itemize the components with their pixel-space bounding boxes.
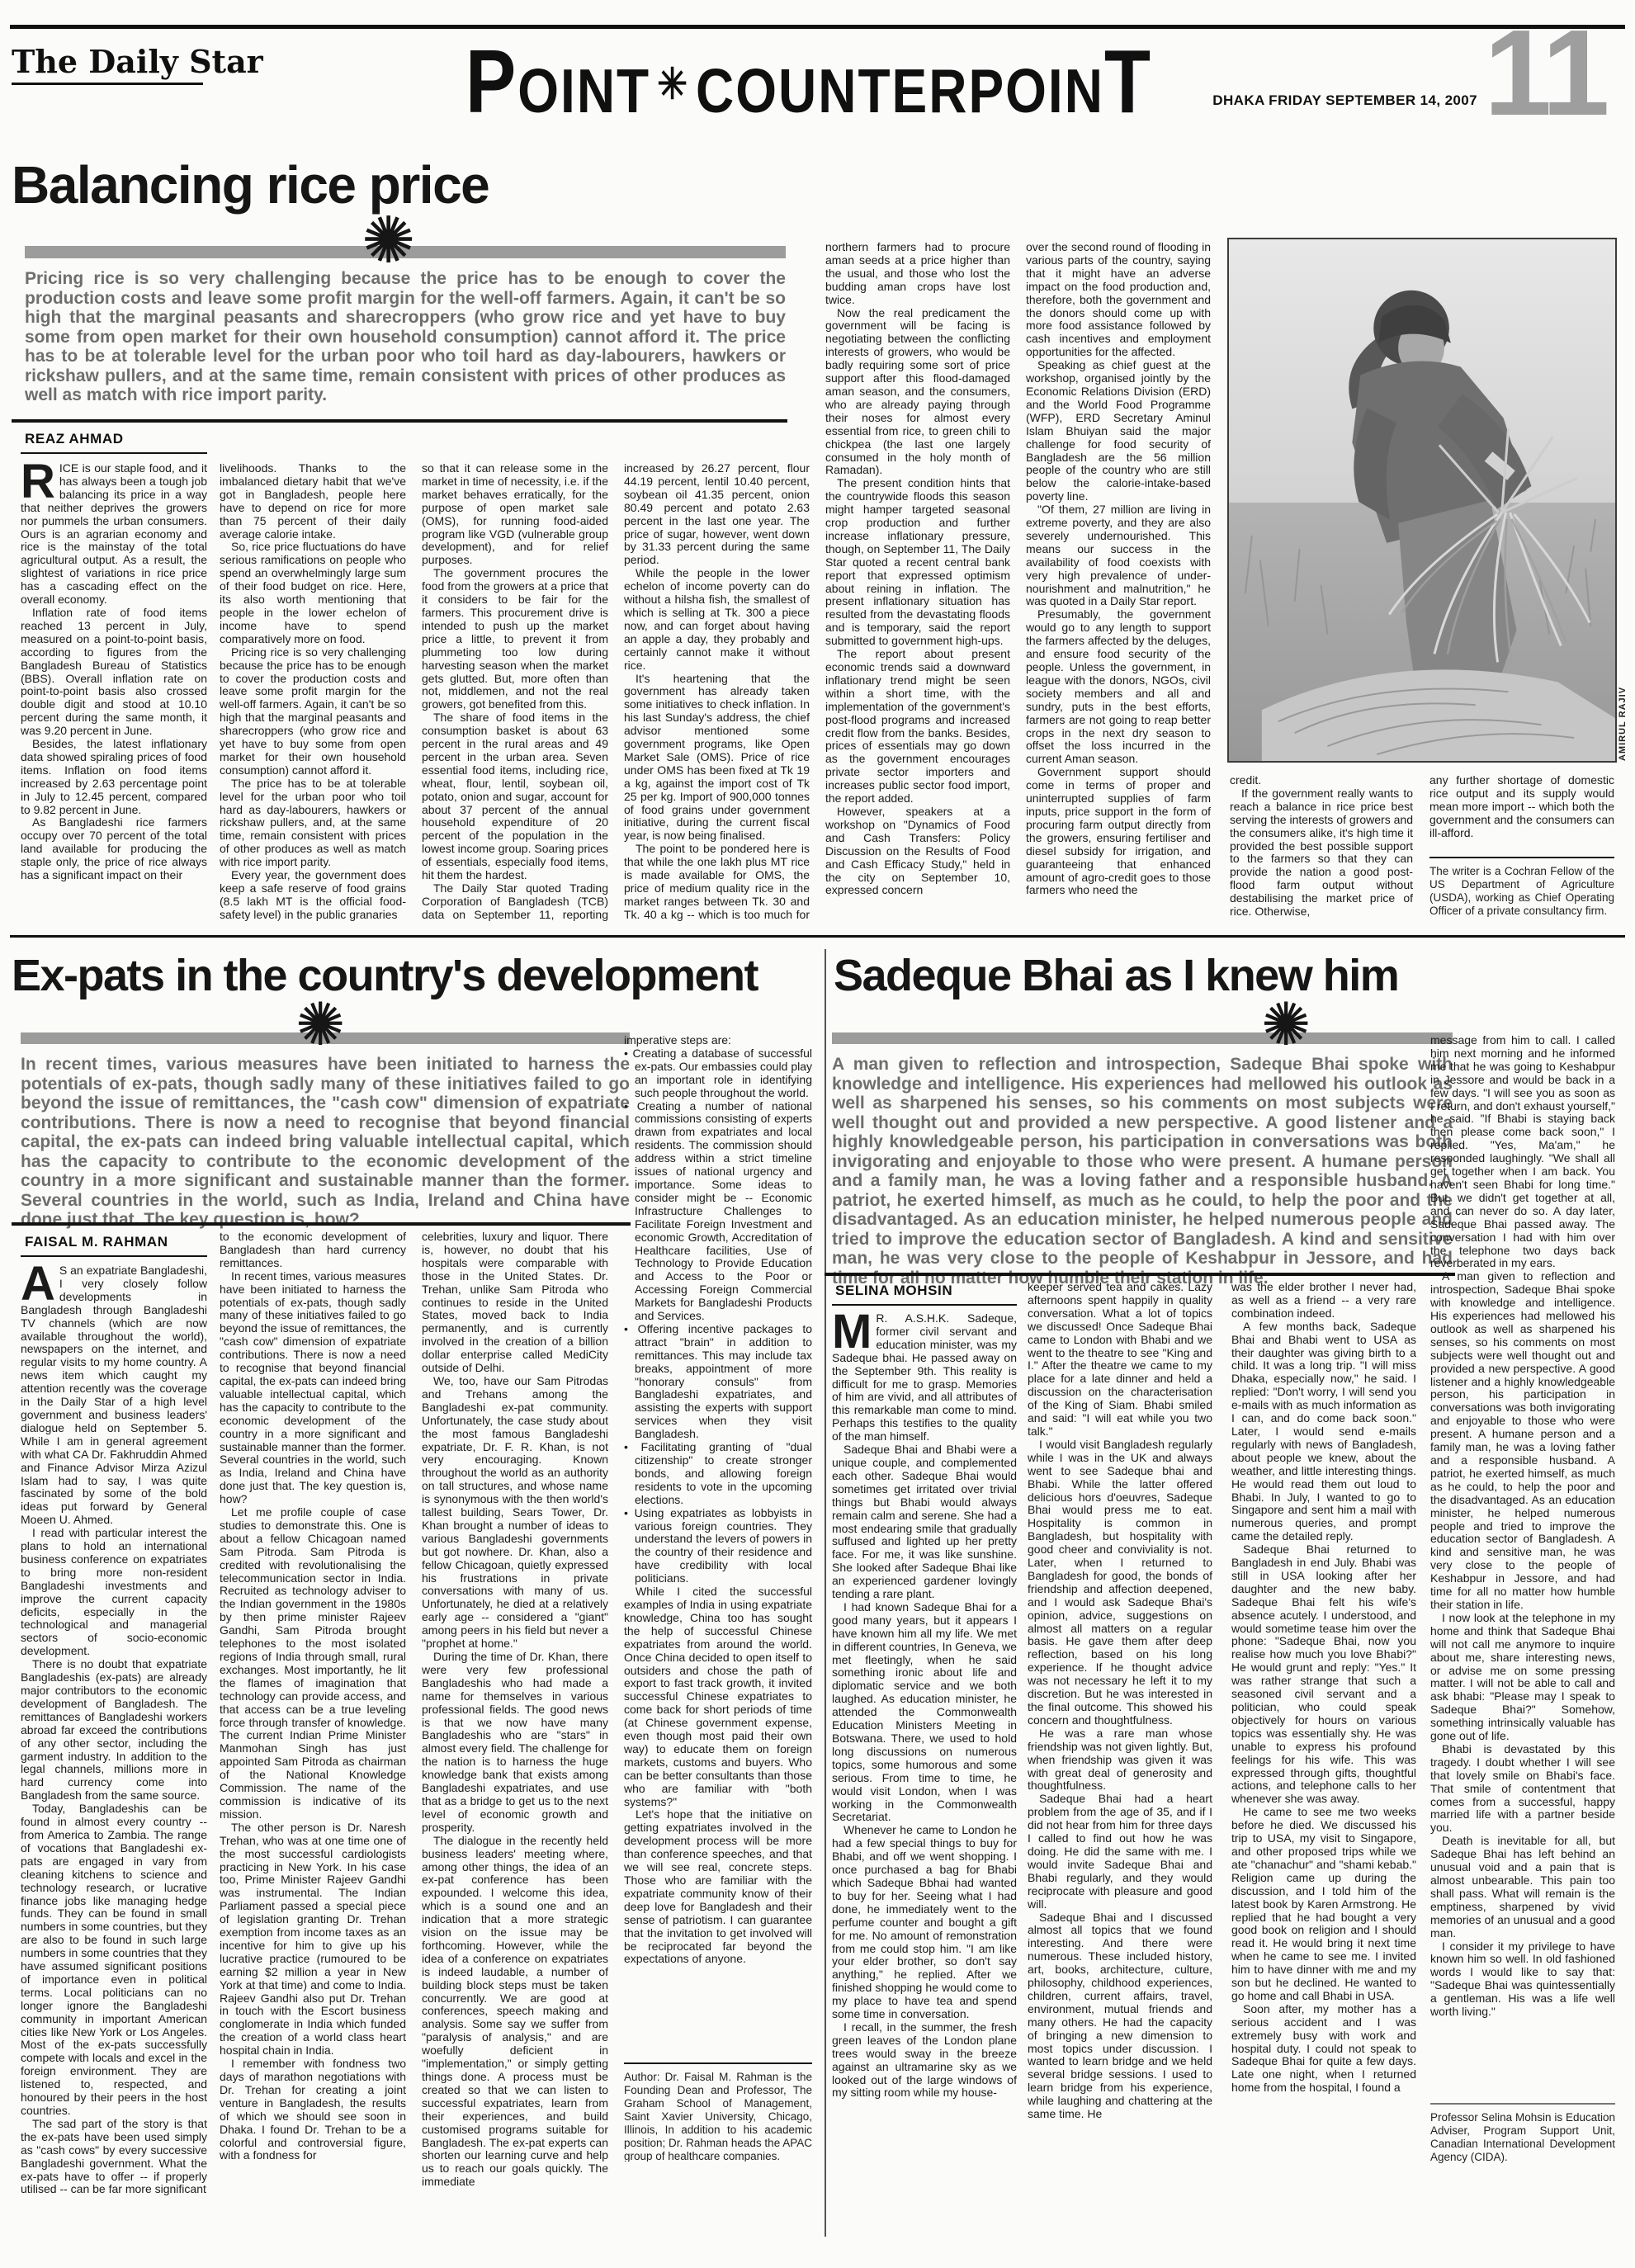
article1-column-8: any further shortage of domestic rice ou… (1429, 774, 1614, 847)
article3-column-4: message from him to call. I called him n… (1430, 1034, 1615, 2095)
section-divider-rule (10, 935, 1625, 938)
article1-byline-rule (21, 452, 207, 454)
page-number: 11 (1484, 23, 1606, 123)
article1-intro: Pricing rice is so very challenging beca… (25, 269, 786, 418)
newspaper-page: The Daily Star POINT✳COUNTERPOINT DHAKA … (0, 0, 1635, 2268)
article2-column-1-text: S an expatriate Bangladeshi, I very clos… (21, 1264, 207, 2196)
article2-intro: In recent times, various measures have b… (21, 1055, 630, 1220)
column-divider-rule (825, 949, 826, 2237)
article1-column-2: livelihoods. Thanks to the imbalanced di… (220, 462, 406, 923)
article1-footnote-rule (1429, 857, 1614, 858)
article3-author-note: Professor Selina Mohsin is Education Adv… (1430, 2111, 1615, 2185)
starburst-icon: ✺ (295, 995, 345, 1055)
article3-column-3: was the elder brother I never had, as we… (1231, 1281, 1416, 2260)
article3-column-1-text: R. A.S.H.K. Sadeque, former civil servan… (832, 1312, 1017, 2100)
article1-column-1: R ICE is our staple food, and it has alw… (21, 462, 207, 923)
article3-intro-rule (825, 1273, 1455, 1276)
article1-column-4: increased by 26.27 percent, flour 44.19 … (624, 462, 810, 923)
section-title-tail-letter: T (1104, 32, 1152, 131)
photo-credit: AMIRUL RAJIV (1618, 626, 1628, 761)
article3-headline: Sadeque Bhai as I knew him (834, 953, 1398, 998)
article1-column-6: over the second round of flooding in var… (1026, 241, 1211, 923)
article2-column-1: A S an expatriate Bangladeshi, I very cl… (21, 1264, 207, 2260)
rice-harvest-illustration (1229, 239, 1615, 761)
article1-column-7: credit.If the government really wants to… (1230, 774, 1413, 921)
header-top-rule (10, 25, 1625, 29)
article1-column-1-text: ICE is our staple food, and it has alway… (21, 462, 207, 882)
article1-dropcap: R (21, 462, 59, 500)
starburst-icon: ✺ (1261, 995, 1311, 1055)
article3-byline: SELINA MOHSIN (835, 1283, 952, 1299)
section-title-left: OINT (517, 56, 650, 126)
article1-writer-note: The writer is a Cochran Fellow of the US… (1429, 865, 1614, 923)
article2-byline-rule (21, 1255, 207, 1257)
photo-rice-harvest (1227, 238, 1617, 763)
article2-column-2: to the economic development of Banglades… (220, 1231, 406, 2260)
star-ornament-icon: ✳ (650, 60, 696, 108)
article3-column-1: M R. A.S.H.K. Sadeque, former civil serv… (832, 1312, 1017, 2260)
article1-intro-rule (12, 419, 787, 423)
dateline: DHAKA FRIDAY SEPTEMBER 14, 2007 (1205, 92, 1477, 109)
article2-column-4: imperative steps are:• Creating a databa… (624, 1034, 812, 2056)
article2-footnote-rule (624, 2062, 812, 2064)
article2-byline: FAISAL M. RAHMAN (25, 1234, 168, 1250)
masthead-rule (12, 83, 203, 85)
article2-intro-rule (12, 1222, 631, 1226)
article3-intro: A man given to reflection and introspect… (832, 1055, 1453, 1271)
article3-footnote-rule (1430, 2103, 1615, 2105)
starburst-icon: ✺ (361, 208, 415, 272)
article2-author-note: Author: Dr. Faisal M. Rahman is the Foun… (624, 2071, 812, 2162)
article1-headline: Balancing rice price (12, 158, 489, 211)
article1-column-3: so that it can release some in the marke… (422, 462, 608, 923)
article2-column-3: celebrities, luxury and liquor. There is… (422, 1231, 608, 2260)
article1-column-5: northern farmers had to procure aman see… (825, 241, 1010, 923)
article3-byline-rule (832, 1304, 1017, 1306)
article2-dropcap: A (21, 1264, 59, 1302)
article2-headline: Ex-pats in the country's development (12, 953, 758, 998)
article3-gray-bar (832, 1032, 1453, 1044)
section-title: POINT✳COUNTERPOINT (396, 31, 1222, 134)
masthead-logo: The Daily Star (12, 43, 263, 80)
article1-byline: REAZ AHMAD (25, 431, 124, 447)
section-title-lead-letter: P (465, 32, 517, 131)
section-title-right: COUNTERPOIN (696, 56, 1104, 126)
article3-dropcap: M (832, 1312, 876, 1350)
article3-column-2: keeper served tea and cakes. Lazy aftern… (1028, 1281, 1212, 2260)
